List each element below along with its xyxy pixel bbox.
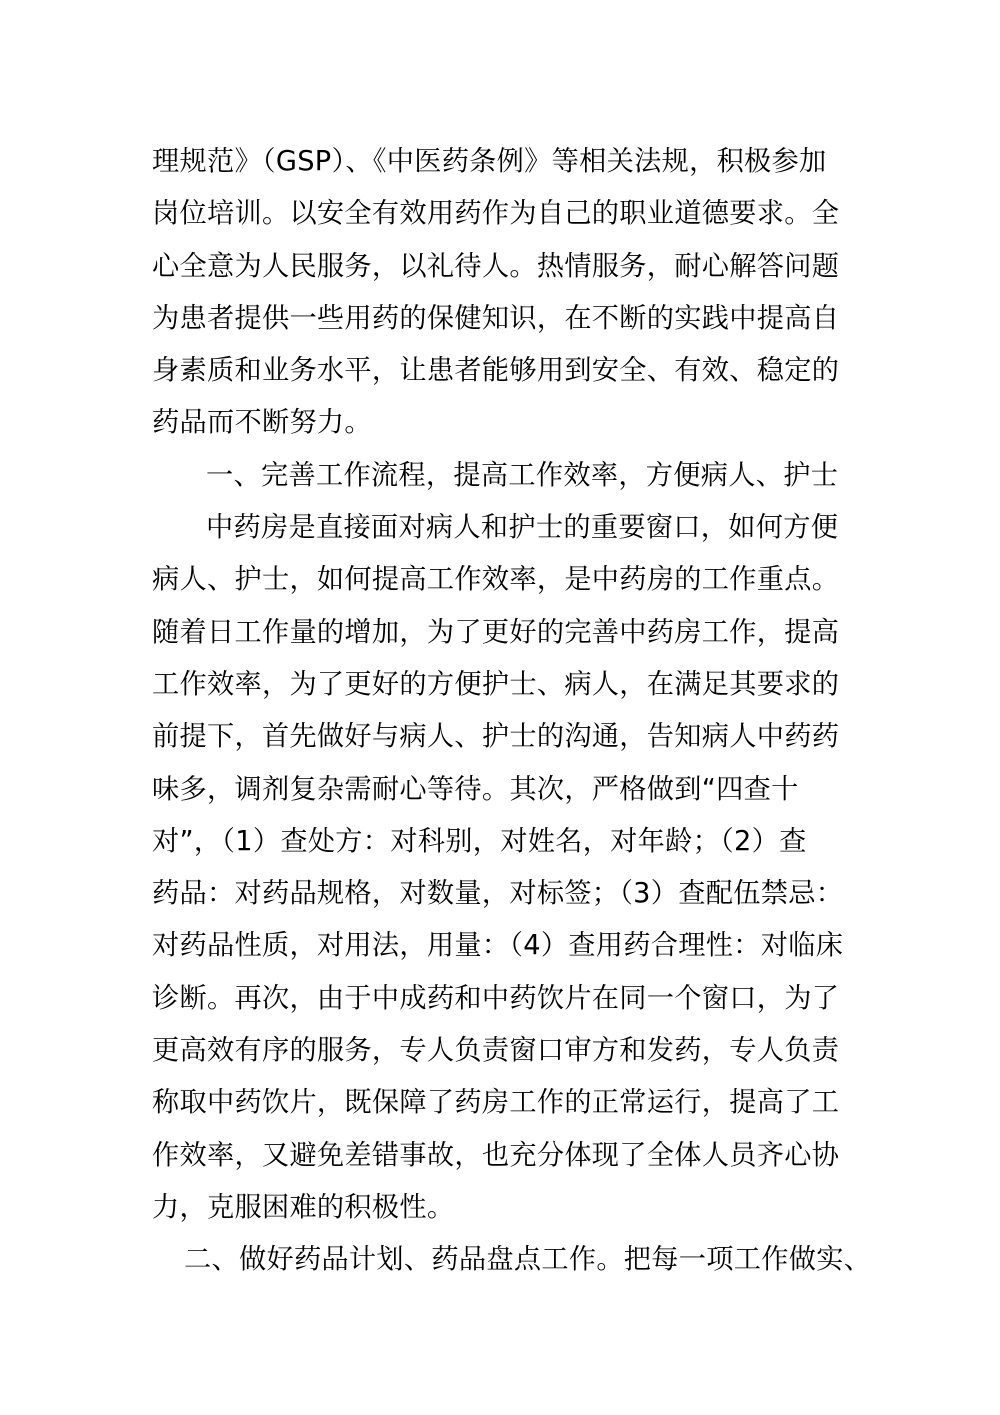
text-line: 药品：对药品规格，对数量，对标签；（3）查配伍禁忌： [152,868,852,920]
section-heading-2: 二、做好药品计划、药品盘点工作。把每一项工作做实、 [152,1234,852,1286]
text-line: 作效率，又避免差错事故，也充分体现了全体人员齐心协 [152,1130,852,1182]
text-line: 理规范》（GSP）、《中医药条例》等相关法规，积极参加 [152,136,852,188]
text-line: 工作效率，为了更好的方便护士、病人，在满足其要求的 [152,659,852,711]
text-line: 岗位培训。以安全有效用药作为自己的职业道德要求。全 [152,188,852,240]
text-line: 随着日工作量的增加，为了更好的完善中药房工作，提高 [152,607,852,659]
text-line: 病人、护士，如何提高工作效率，是中药房的工作重点。 [152,554,852,606]
paragraph-start: 中药房是直接面对病人和护士的重要窗口，如何方便 [152,502,852,554]
text-line: 力，克服困难的积极性。 [152,1182,852,1234]
text-line: 心全意为人民服务，以礼待人。热情服务，耐心解答问题 [152,241,852,293]
text-line: 对药品性质，对用法，用量：（4）查用药合理性：对临床 [152,920,852,972]
section-heading-1: 一、完善工作流程，提高工作效率，方便病人、护士 [152,450,852,502]
text-line: 味多，调剂复杂需耐心等待。其次，严格做到“四查十 [152,764,852,816]
text-line: 药品而不断努力。 [152,397,852,449]
text-line: 更高效有序的服务，专人负责窗口审方和发药，专人负责 [152,1025,852,1077]
text-line: 称取中药饮片，既保障了药房工作的正常运行，提高了工 [152,1077,852,1129]
text-line: 身素质和业务水平，让患者能够用到安全、有效、稳定的 [152,345,852,397]
text-line: 诊断。再次，由于中成药和中药饮片在同一个窗口，为了 [152,973,852,1025]
text-line: 前提下，首先做好与病人、护士的沟通，告知病人中药药 [152,711,852,763]
document-page: 理规范》（GSP）、《中医药条例》等相关法规，积极参加 岗位培训。以安全有效用药… [152,136,852,1287]
text-line: 为患者提供一些用药的保健知识，在不断的实践中提高自 [152,293,852,345]
text-line: 对”，（1）查处方：对科别，对姓名，对年龄；（2）查 [152,816,852,868]
